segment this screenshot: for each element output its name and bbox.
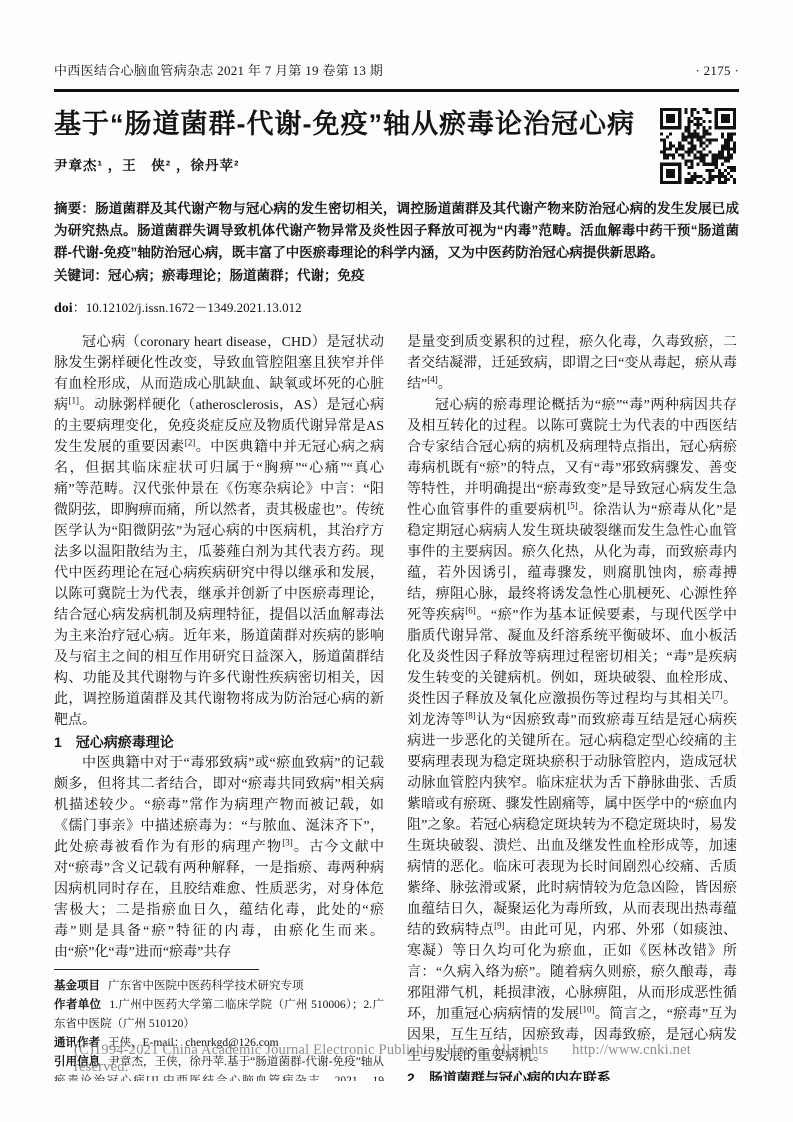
journal-name: 中西医结合心脑血管病杂志 2021 年 7 月第 19 卷第 13 期 xyxy=(54,60,383,79)
body-columns: 冠心病（coronary heart disease，CHD）是冠状动脉发生粥样… xyxy=(54,332,739,1081)
right-column: 是量变到质变累积的过程，瘀久化毒，久毒致瘀，二者交结凝滞，迁延致病，即谓之曰“变… xyxy=(407,332,737,1081)
abstract: 摘要：肠道菌群及其代谢产物与冠心病的发生密切相关，调控肠道菌群及其代谢产物来防治… xyxy=(54,198,739,264)
footnote-divider xyxy=(54,969,259,970)
doi-value: ：10.12102/j.issn.1672－1349.2021.13.012 xyxy=(73,300,302,315)
copyright-notice: (C)1994-2021 China Academic Journal Elec… xyxy=(74,1042,572,1076)
footnote-affiliation: 作者单位1.广州中医药大学第二临床学院（广州 510006）；2.广东省中医院（… xyxy=(54,996,384,1034)
title-block: 基于“肠道菌群-代谢-免疫”轴从瘀毒论治冠心病 尹章杰¹ ，王 侠² ，徐丹苹² xyxy=(54,106,657,184)
footnote-affiliation-label: 作者单位 xyxy=(54,999,101,1011)
page-footer: (C)1994-2021 China Academic Journal Elec… xyxy=(74,1042,691,1076)
author-list: 尹章杰¹ ，王 侠² ，徐丹苹² xyxy=(54,154,643,174)
qr-code xyxy=(657,108,739,184)
paper-title: 基于“肠道菌群-代谢-免疫”轴从瘀毒论治冠心病 xyxy=(54,106,643,142)
body-paragraph: 冠心病（coronary heart disease，CHD）是冠状动脉发生粥样… xyxy=(54,332,384,731)
footnote-fund-label: 基金项目 xyxy=(54,980,100,992)
keywords-label: 关键词： xyxy=(54,268,108,283)
footnote-fund-text: 广东省中医院中医药科学技术研究专项 xyxy=(108,980,304,992)
title-row: 基于“肠道菌群-代谢-免疫”轴从瘀毒论治冠心病 尹章杰¹ ，王 侠² ，徐丹苹² xyxy=(54,106,739,184)
keywords-line: 关键词：冠心病；瘀毒理论；肠道菌群；代谢；免疫 xyxy=(54,265,739,287)
abstract-text: 肠道菌群及其代谢产物与冠心病的发生密切相关，调控肠道菌群及其代谢产物来防治冠心病… xyxy=(54,201,739,260)
footnote-fund: 基金项目广东省中医院中医药科学技术研究专项 xyxy=(54,977,384,996)
left-column: 冠心病（coronary heart disease，CHD）是冠状动脉发生粥样… xyxy=(54,332,384,1081)
footnote-affiliation-text: 1.广州中医药大学第二临床学院（广州 510006）；2.广东省中医院（广州 5… xyxy=(54,999,384,1030)
doi-label: doi xyxy=(54,301,73,316)
journal-page: 中西医结合心脑血管病杂志 2021 年 7 月第 19 卷第 13 期 · 21… xyxy=(0,0,793,1122)
body-paragraph: 冠心病的瘀毒理论概括为“瘀”“毒”两种病因共存及相互转化的过程。以陈可冀院士为代… xyxy=(407,395,737,1067)
page-header: 中西医结合心脑血管病杂志 2021 年 7 月第 19 卷第 13 期 · 21… xyxy=(54,0,739,92)
body-paragraph: 中医典籍中对于“毒邪致病”或“瘀血致病”的记载颇多，但将其二者结合，即对“瘀毒共… xyxy=(54,753,384,963)
doi-line: doi：10.12102/j.issn.1672－1349.2021.13.01… xyxy=(54,297,739,317)
keywords-text: 冠心病；瘀毒理论；肠道菌群；代谢；免疫 xyxy=(108,268,365,283)
page-number: · 2175 · xyxy=(695,63,739,79)
body-paragraph: 是量变到质变累积的过程，瘀久化毒，久毒致瘀，二者交结凝滞，迁延致病，即谓之曰“变… xyxy=(407,332,737,395)
cnki-url: http://www.cnki.net xyxy=(572,1042,691,1076)
abstract-label: 摘要： xyxy=(54,201,95,216)
section-heading-1: 1 冠心病瘀毒理论 xyxy=(54,731,384,753)
